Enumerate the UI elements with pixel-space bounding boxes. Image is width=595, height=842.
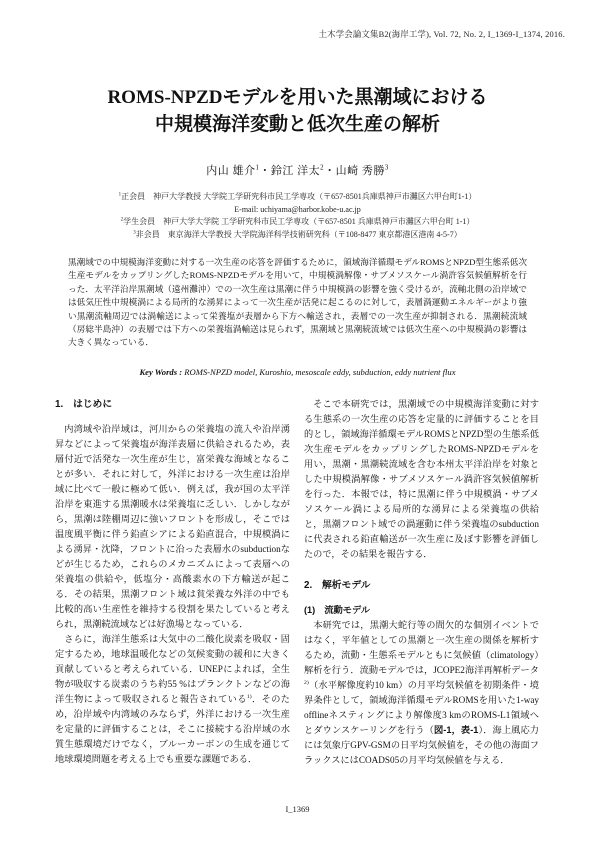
affiliation-text: 正会員 神戸大学教授 大学院工学研究科市民工学専攻（〒657-8501兵庫県神戸… bbox=[121, 192, 476, 201]
keywords-text: ROMS-NPZD model, Kuroshio, mesoscale edd… bbox=[182, 367, 455, 377]
affiliation-text: 学生会員 神戸大学大学院 工学研究科市民工学専攻（〒657-8501 兵庫県神戸… bbox=[123, 217, 474, 226]
paragraph: そこで本研究では，黒潮域での中規模海洋変動に対する生態系の一次生産の応答を定量的… bbox=[304, 397, 539, 562]
journal-citation: 土木学会論文集B2(海岸工学), Vol. 72, No. 2, I_1369-… bbox=[319, 28, 565, 40]
email-text: E-mail: uchiyama@harbor.kobe-u.ac.jp bbox=[234, 205, 360, 214]
paragraph-text: 本研究では，黒潮大蛇行等の間欠的な個別イベントではなく，平年値としての黒潮と一次… bbox=[304, 620, 539, 675]
paper-page: 土木学会論文集B2(海岸工学), Vol. 72, No. 2, I_1369-… bbox=[0, 0, 595, 842]
author-name: 鈴江 洋太 bbox=[271, 165, 320, 177]
author-name: 山崎 秀勝 bbox=[336, 165, 385, 177]
paragraph: 内湾域や沿岸域は，河川からの栄養塩の流入や沿岸湧昇などによって栄養塩が海洋表層に… bbox=[55, 422, 290, 632]
left-column: 1. はじめに 内湾域や沿岸域は，河川からの栄養塩の流入や沿岸湧昇などによって栄… bbox=[55, 397, 290, 768]
paragraph: さらに，海洋生態系は大気中の二酸化炭素を吸収・固定するため，地球温暖化などの気候… bbox=[55, 632, 290, 767]
two-column-body: 1. はじめに 内湾域や沿岸域は，河川からの栄養塩の流入や沿岸湧昇などによって栄… bbox=[55, 397, 540, 768]
abstract-paragraph: 黒潮域での中規模海洋変動に対する一次生産の応答を評価するために，領域海洋循環モデ… bbox=[68, 256, 527, 350]
author-name: 内山 雄介 bbox=[206, 165, 255, 177]
keywords-line: Key Words : ROMS-NPZD model, Kuroshio, m… bbox=[0, 367, 595, 377]
title-line-1: ROMS-NPZDモデルを用いた黒潮域における bbox=[0, 84, 595, 111]
page-title: ROMS-NPZDモデルを用いた黒潮域における 中規模海洋変動と低次生産の解析 bbox=[0, 0, 595, 138]
author-separator: ・ bbox=[259, 165, 271, 177]
section-heading-2: 2. 解析モデル bbox=[304, 578, 539, 593]
author-list: 内山 雄介1・鈴江 洋太2・山崎 秀勝3 bbox=[0, 162, 595, 178]
author-superscript: 3 bbox=[385, 164, 389, 171]
affiliation-line: 2学生会員 神戸大学大学院 工学研究科市民工学専攻（〒657-8501 兵庫県神… bbox=[0, 216, 595, 229]
affiliation-block: 1正会員 神戸大学教授 大学院工学研究科市民工学専攻（〒657-8501兵庫県神… bbox=[0, 191, 595, 241]
section-heading-1: 1. はじめに bbox=[55, 397, 290, 412]
footer-page-number: I_1369 bbox=[0, 804, 595, 814]
title-line-2: 中規模海洋変動と低次生産の解析 bbox=[0, 111, 595, 138]
right-column: そこで本研究では，黒潮域での中規模海洋変動に対する生態系の一次生産の応答を定量的… bbox=[304, 397, 539, 768]
affiliation-line: 3非会員 東京海洋大学教授 大学院海洋科学技術研究科（〒108-8477 東京都… bbox=[0, 229, 595, 242]
author-separator: ・ bbox=[324, 165, 336, 177]
paragraph: 本研究では，黒潮大蛇行等の間欠的な個別イベントではなく，平年値としての黒潮と一次… bbox=[304, 618, 539, 768]
affiliation-line: 1正会員 神戸大学教授 大学院工学研究科市民工学専攻（〒657-8501兵庫県神… bbox=[0, 191, 595, 204]
figure-table-reference: 図-1，表-1 bbox=[434, 725, 478, 735]
keywords-label: Key Words : bbox=[139, 367, 182, 377]
affiliation-text: 非会員 東京海洋大学教授 大学院海洋科学技術研究科（〒108-8477 東京都港… bbox=[136, 230, 462, 239]
paragraph-text: ．そのため，沿岸域や内湾域のみならず，外洋における一次生産を定量的に評価すること… bbox=[55, 694, 290, 764]
affiliation-email-line: E-mail: uchiyama@harbor.kobe-u.ac.jp bbox=[0, 204, 595, 217]
subsection-heading-1: (1) 流動モデル bbox=[304, 603, 539, 618]
